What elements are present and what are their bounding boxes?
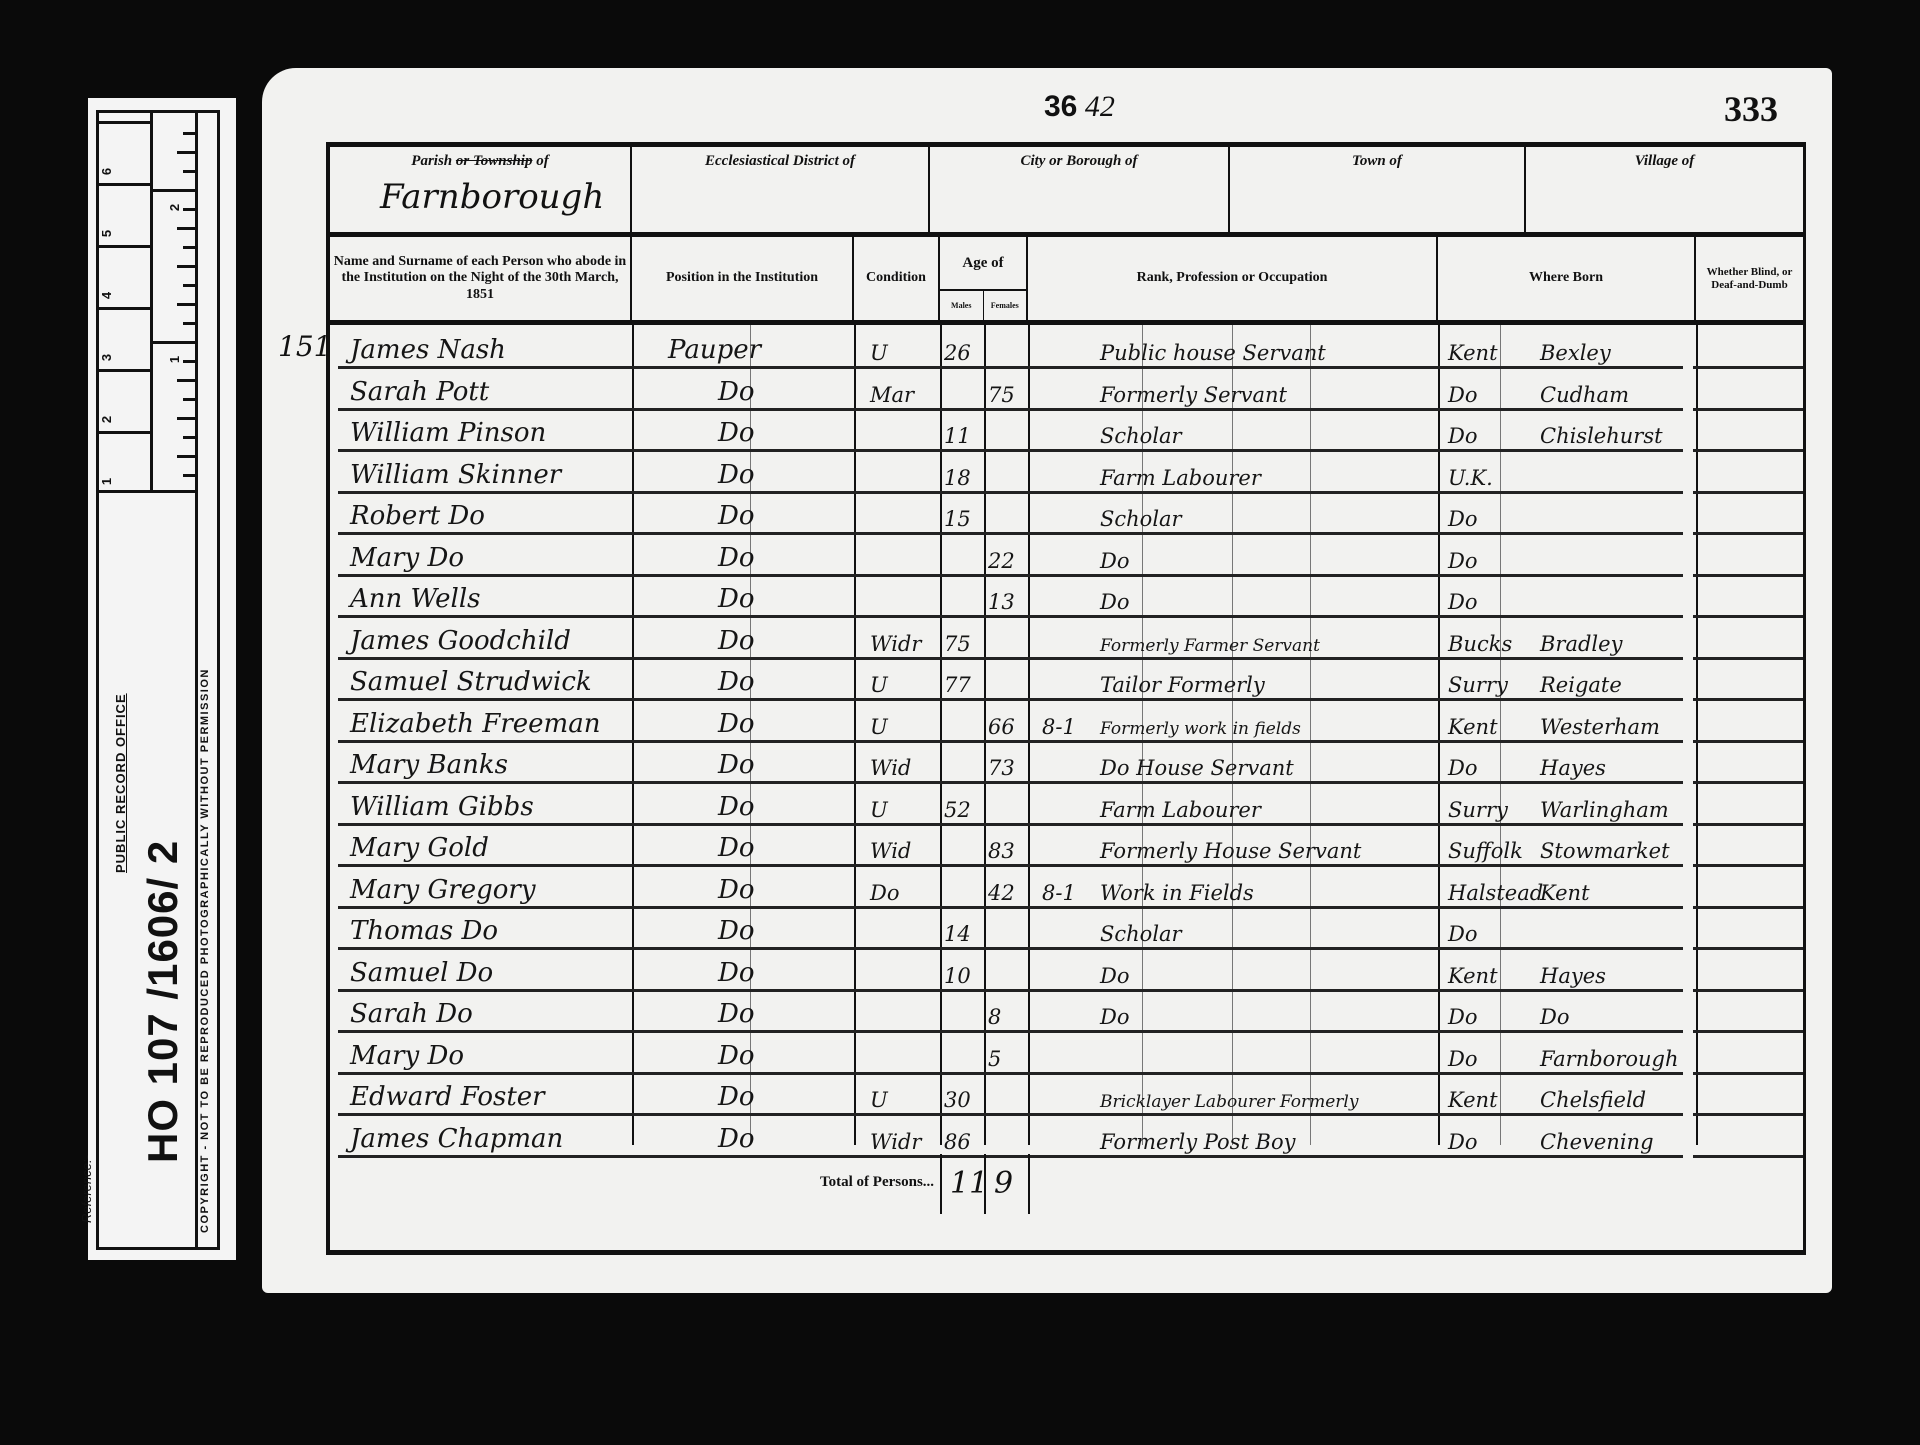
reference-strip: 123456 12 PUBLIC RECORD OFFICE HO 107 /1… — [88, 98, 236, 1260]
schedule-number: 151 — [278, 330, 331, 363]
birth-place: Chelsfield — [1540, 1088, 1646, 1112]
table-row: Mary DoDo22DoDo — [330, 533, 1803, 577]
birth-county: Do — [1448, 507, 1477, 531]
occupation-mark: 8-1 — [1042, 881, 1076, 905]
table-row: William PinsonDo11ScholarDoChislehurst — [330, 408, 1803, 452]
position-in-institution: Do — [718, 999, 755, 1029]
cm-mark: 3 — [99, 307, 153, 369]
birth-county: Do — [1448, 383, 1477, 407]
condition: Mar — [870, 383, 914, 407]
birth-place: Chevening — [1540, 1130, 1654, 1154]
age-title: Age of — [940, 237, 1026, 291]
scale-tick — [183, 208, 195, 211]
table-row: Samuel DoDo10DoKentHayes — [330, 948, 1803, 992]
table-row: Mary BanksDoWid73Do House ServantDoHayes — [330, 740, 1803, 784]
age-male: 52 — [944, 798, 971, 822]
birth-place: Do — [1540, 1005, 1569, 1029]
occupation: Scholar — [1100, 424, 1182, 448]
table-row: Edward FosterDoU30Bricklayer Labourer Fo… — [330, 1072, 1803, 1116]
position-in-institution: Do — [718, 667, 755, 697]
cm-label: 1 — [99, 478, 114, 485]
town-cell: Town of — [1230, 147, 1526, 232]
table-row: James ChapmanDoWidr86Formerly Post BoyDo… — [330, 1114, 1803, 1158]
occupation-column-header: Rank, Profession or Occupation — [1028, 237, 1438, 320]
blind-deaf-column-header: Whether Blind, or Deaf-and-Dumb — [1696, 237, 1803, 320]
birth-county: Kent — [1448, 715, 1498, 739]
birth-place: Hayes — [1540, 756, 1606, 780]
census-form: Parish or Township of Farnborough Eccles… — [326, 142, 1806, 1255]
position-in-institution: Do — [718, 958, 755, 988]
village-label: Village of — [1635, 153, 1695, 169]
position-in-institution: Do — [718, 875, 755, 905]
position-in-institution: Do — [718, 543, 755, 573]
condition: Wid — [870, 839, 911, 863]
person-name: Mary Gregory — [350, 875, 536, 905]
birth-county: Do — [1448, 424, 1477, 448]
occupation: Formerly Farmer Servant — [1100, 636, 1320, 656]
position-in-institution: Do — [718, 833, 755, 863]
cm-label: 5 — [99, 230, 114, 237]
occupation: Bricklayer Labourer Formerly — [1100, 1092, 1358, 1112]
birth-county: U.K. — [1448, 466, 1493, 490]
scale-tick — [177, 227, 195, 230]
cm-mark: 5 — [99, 183, 153, 245]
person-name: Mary Do — [350, 543, 464, 573]
scale-tick — [183, 170, 195, 173]
table-row: James GoodchildDoWidr75Formerly Farmer S… — [330, 616, 1803, 660]
scale-tick — [177, 379, 195, 382]
place-header-row: Parish or Township of Farnborough Eccles… — [330, 147, 1803, 237]
age-female: 5 — [988, 1047, 1001, 1071]
birth-county: Halstead — [1448, 881, 1543, 905]
birth-place: Westerham — [1540, 715, 1660, 739]
table-row: Thomas DoDo14ScholarDo — [330, 906, 1803, 950]
ecclesiastical-district-label: Ecclesiastical District of — [705, 153, 855, 169]
occupation: Do — [1100, 549, 1129, 573]
person-name: William Gibbs — [350, 792, 534, 822]
birth-county: Do — [1448, 549, 1477, 573]
age-female: 66 — [988, 715, 1015, 739]
position-in-institution: Do — [718, 1124, 755, 1154]
occupation: Scholar — [1100, 922, 1182, 946]
condition: Widr — [870, 632, 921, 656]
scale-tick — [183, 246, 195, 249]
person-name: Samuel Strudwick — [350, 667, 592, 697]
scale-tick — [183, 474, 195, 477]
table-row: James NashPauperU26Public house ServantK… — [330, 325, 1803, 369]
occupation: Do — [1100, 964, 1129, 988]
age-column-header: Age of Males Females — [940, 237, 1028, 320]
cm-mark: 1 — [99, 431, 153, 493]
birth-place: Bradley — [1540, 632, 1622, 656]
table-row: Robert DoDo15ScholarDo — [330, 491, 1803, 535]
birth-county: Kent — [1448, 964, 1498, 988]
occupation: Formerly House Servant — [1100, 839, 1361, 863]
age-female: 83 — [988, 839, 1015, 863]
table-row: William GibbsDoU52Farm LabourerSurryWarl… — [330, 782, 1803, 826]
condition: U — [870, 673, 888, 697]
table-row: Ann WellsDo13DoDo — [330, 574, 1803, 618]
birth-place: Farnborough — [1540, 1047, 1679, 1071]
person-name: Mary Do — [350, 1041, 464, 1071]
inch-label: 1 — [167, 356, 182, 363]
person-name: Elizabeth Freeman — [350, 709, 600, 739]
condition: Widr — [870, 1130, 921, 1154]
scale-tick — [183, 360, 195, 363]
birth-county: Do — [1448, 1130, 1477, 1154]
folio-stamp: 36 42 — [1044, 90, 1115, 124]
scale-tick — [183, 398, 195, 401]
centimetre-scale: 123456 — [99, 113, 153, 490]
age-male: 18 — [944, 466, 971, 490]
position-in-institution: Do — [718, 1041, 755, 1071]
condition: U — [870, 1088, 888, 1112]
occupation: Formerly Post Boy — [1100, 1130, 1296, 1154]
birth-county: Do — [1448, 922, 1477, 946]
scale-tick — [177, 455, 195, 458]
birth-place: Chislehurst — [1540, 424, 1663, 448]
total-label: Total of Persons... — [820, 1174, 934, 1191]
person-name: Robert Do — [350, 501, 485, 531]
page-number: 333 — [1724, 88, 1778, 130]
occupation: Farm Labourer — [1100, 798, 1261, 822]
age-female: 8 — [988, 1005, 1001, 1029]
occupation: Scholar — [1100, 507, 1182, 531]
piece-reference: HO 107 /1606/ 2 — [139, 840, 187, 1163]
person-name: William Skinner — [350, 460, 561, 490]
age-male: 30 — [944, 1088, 971, 1112]
occupation: Do — [1100, 590, 1129, 614]
cm-label: 6 — [99, 168, 114, 175]
birth-county: Bucks — [1448, 632, 1512, 656]
age-female: 22 — [988, 549, 1015, 573]
scale-tick — [177, 417, 195, 420]
village-cell: Village of — [1526, 147, 1803, 232]
birth-place: Warlingham — [1540, 798, 1669, 822]
occupation-mark: 8-1 — [1042, 715, 1076, 739]
position-column-header: Position in the Institution — [632, 237, 854, 320]
where-born-column-header: Where Born — [1438, 237, 1696, 320]
condition: U — [870, 798, 888, 822]
person-name: Edward Foster — [350, 1082, 545, 1112]
person-name: Sarah Do — [350, 999, 473, 1029]
person-name: Ann Wells — [350, 584, 481, 614]
males-subheader: Males — [940, 291, 984, 320]
condition: U — [870, 341, 888, 365]
scale-tick — [177, 303, 195, 306]
position-in-institution: Do — [718, 418, 755, 448]
scale-tick — [177, 151, 195, 154]
person-name: Sarah Pott — [350, 377, 489, 407]
birth-county: Do — [1448, 1005, 1477, 1029]
total-males: 11 — [950, 1166, 988, 1201]
age-male: 26 — [944, 341, 971, 365]
inch-scale: 12 — [153, 113, 195, 490]
age-male: 10 — [944, 964, 971, 988]
city-borough-cell: City or Borough of — [930, 147, 1230, 232]
position-in-institution: Do — [718, 626, 755, 656]
ecclesiastical-district-cell: Ecclesiastical District of — [632, 147, 930, 232]
condition-column-header: Condition — [854, 237, 940, 320]
position-in-institution: Do — [718, 792, 755, 822]
birth-county: Do — [1448, 590, 1477, 614]
birth-place: Reigate — [1540, 673, 1622, 697]
cm-label: 3 — [99, 354, 114, 361]
occupation: Do House Servant — [1100, 756, 1294, 780]
column-header-row: Name and Surname of each Person who abod… — [330, 237, 1803, 325]
total-box-rule — [1028, 1154, 1030, 1214]
position-in-institution: Do — [718, 377, 755, 407]
cm-mark: 2 — [99, 369, 153, 431]
position-in-institution: Pauper — [668, 335, 761, 365]
person-name: Samuel Do — [350, 958, 493, 988]
reference-label: Reference:- — [79, 1155, 94, 1223]
age-male: 75 — [944, 632, 971, 656]
scale-tick — [183, 284, 195, 287]
birth-place: Kent — [1540, 881, 1590, 905]
parish-cell: Parish or Township of Farnborough — [330, 147, 632, 232]
city-borough-label: City or Borough of — [1020, 153, 1137, 169]
condition: U — [870, 715, 888, 739]
table-row: Mary GregoryDoDo428-1Work in FieldsHalst… — [330, 865, 1803, 909]
birth-county: Kent — [1448, 341, 1498, 365]
table-row: Elizabeth FreemanDoU668-1Formerly work i… — [330, 699, 1803, 743]
position-in-institution: Do — [718, 501, 755, 531]
birth-place: Cudham — [1540, 383, 1629, 407]
copyright-divider — [195, 113, 198, 1247]
person-name: James Nash — [350, 335, 506, 365]
cm-label: 4 — [99, 292, 114, 299]
name-column-header: Name and Surname of each Person who abod… — [330, 237, 632, 320]
inch-label: 2 — [167, 204, 182, 211]
folio-struck-number: 36 — [1044, 90, 1077, 123]
birth-place: Hayes — [1540, 964, 1606, 988]
person-name: Thomas Do — [350, 916, 498, 946]
position-in-institution: Do — [718, 460, 755, 490]
census-page: 36 42 333 Parish or Township of Farnboro… — [262, 68, 1832, 1293]
birth-county: Kent — [1448, 1088, 1498, 1112]
town-label: Town of — [1352, 153, 1402, 169]
age-male: 15 — [944, 507, 971, 531]
birth-county: Surry — [1448, 673, 1508, 697]
birth-county: Suffolk — [1448, 839, 1523, 863]
scale-tick — [183, 132, 195, 135]
occupation: Public house Servant — [1100, 341, 1326, 365]
totals-row: Total of Persons... 11 9 — [330, 1154, 1803, 1214]
table-row: Mary DoDo5DoFarnborough — [330, 1031, 1803, 1075]
reference-strip-frame: 123456 12 PUBLIC RECORD OFFICE HO 107 /1… — [96, 110, 220, 1250]
birth-county: Do — [1448, 1047, 1477, 1071]
table-row: Sarah DoDo8DoDoDo — [330, 989, 1803, 1033]
scale-tick — [177, 265, 195, 268]
age-male: 14 — [944, 922, 971, 946]
position-in-institution: Do — [718, 709, 755, 739]
females-subheader: Females — [984, 291, 1027, 320]
table-row: Samuel StrudwickDoU77Tailor FormerlySurr… — [330, 657, 1803, 701]
age-female: 75 — [988, 383, 1015, 407]
table-row: Sarah PottDoMar75Formerly ServantDoCudha… — [330, 367, 1803, 411]
position-in-institution: Do — [718, 750, 755, 780]
cm-mark: 4 — [99, 245, 153, 307]
condition: Wid — [870, 756, 911, 780]
position-in-institution: Do — [718, 1082, 755, 1112]
age-female: 42 — [988, 881, 1015, 905]
occupation: Formerly work in fields — [1100, 719, 1301, 739]
parish-value: Farnborough — [380, 177, 604, 217]
total-box-rule — [940, 1154, 942, 1214]
age-female: 13 — [988, 590, 1015, 614]
age-male: 77 — [944, 673, 971, 697]
public-record-office-label: PUBLIC RECORD OFFICE — [113, 693, 128, 873]
inch-mark: 2 — [153, 189, 195, 192]
occupation: Tailor Formerly — [1100, 673, 1265, 697]
age-female: 73 — [988, 756, 1015, 780]
person-name: Mary Banks — [350, 750, 508, 780]
form-bottom-rule — [330, 1250, 1803, 1255]
occupation: Do — [1100, 1005, 1129, 1029]
copyright-notice: COPYRIGHT - NOT TO BE REPRODUCED PHOTOGR… — [199, 668, 211, 1233]
birth-county: Do — [1448, 756, 1477, 780]
birth-place: Stowmarket — [1540, 839, 1670, 863]
inch-mark: 1 — [153, 341, 195, 344]
occupation: Farm Labourer — [1100, 466, 1261, 490]
total-females: 9 — [994, 1166, 1013, 1201]
occupation: Formerly Servant — [1100, 383, 1287, 407]
cm-mark: 6 — [99, 121, 153, 183]
table-row: William SkinnerDo18Farm LabourerU.K. — [330, 450, 1803, 494]
parish-label: Parish or Township of — [411, 153, 548, 169]
age-male: 86 — [944, 1130, 971, 1154]
birth-place: Bexley — [1540, 341, 1611, 365]
scale-tick — [183, 322, 195, 325]
person-name: James Goodchild — [350, 626, 571, 656]
occupation: Work in Fields — [1100, 881, 1254, 905]
person-name: James Chapman — [350, 1124, 563, 1154]
scale-tick — [183, 436, 195, 439]
birth-county: Surry — [1448, 798, 1508, 822]
cm-label: 2 — [99, 416, 114, 423]
position-in-institution: Do — [718, 916, 755, 946]
position-in-institution: Do — [718, 584, 755, 614]
age-male: 11 — [944, 424, 971, 448]
person-name: Mary Gold — [350, 833, 489, 863]
folio-number: 42 — [1085, 90, 1115, 123]
condition: Do — [870, 881, 899, 905]
person-name: William Pinson — [350, 418, 546, 448]
measurement-scale: 123456 12 — [99, 113, 195, 493]
table-row: Mary GoldDoWid83Formerly House ServantSu… — [330, 823, 1803, 867]
